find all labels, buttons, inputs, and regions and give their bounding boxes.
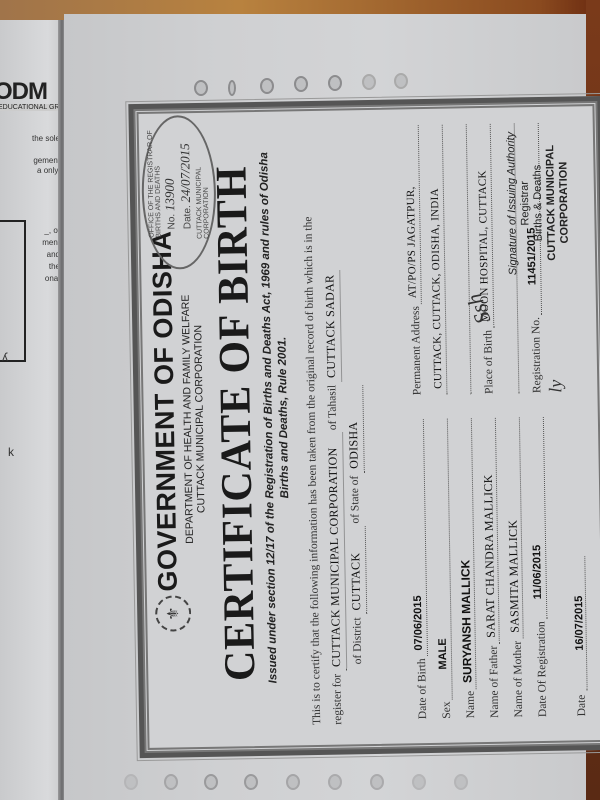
punch-holes-bottom — [124, 774, 484, 794]
page-snippet: the — [0, 262, 60, 271]
state-emblem-icon: ⚜ — [155, 595, 192, 632]
seal-date-value: 24/07/2015 — [177, 143, 193, 202]
page-snippet: gement — [0, 156, 60, 165]
punch-hole — [194, 80, 208, 96]
field-label: Registration No. — [530, 317, 543, 393]
punch-hole — [260, 78, 274, 94]
issue-date-label: Date — [576, 695, 588, 717]
signature-org: CUTTACK MUNICIPAL CORPORATION — [543, 102, 572, 302]
pen-mark: ʎ — [2, 350, 8, 364]
seal-number-value: 13900 — [162, 179, 178, 212]
field-value: 11/06/2015 — [527, 417, 548, 619]
punch-hole — [294, 76, 308, 92]
department-heading: DEPARTMENT OF HEALTH AND FAMILY WELFARE … — [179, 249, 209, 589]
punch-hole — [454, 774, 468, 790]
field-label: Permanent Address — [410, 306, 424, 395]
punch-hole — [164, 774, 178, 790]
seal-number: No. 13900 — [162, 178, 179, 229]
field-permanent-address: Permanent Address AT/PO/PS JAGATPUR, — [395, 125, 424, 395]
state-label: of State of — [349, 476, 362, 524]
field-label: Sex — [441, 701, 453, 718]
page-snippet: a only. — [0, 166, 60, 175]
issue-date: Date 16/07/2015 — [572, 556, 588, 716]
odm-logo: ODM — [0, 78, 47, 106]
seal-number-label: No. — [166, 214, 177, 230]
field-label: Name of Father — [488, 646, 501, 718]
seal-date: Date. 24/07/2015 — [177, 143, 194, 229]
field-label: Place of Birth — [482, 330, 495, 394]
field-place-of-birth: Place of Birth MOON HOSPITAL, CUTTACK — [467, 124, 496, 394]
field-label: Date of Birth — [416, 658, 429, 719]
certificate-title: CERTIFICATE OF BIRTH — [205, 124, 266, 723]
pen-mark: k — [8, 445, 14, 459]
certify-paragraph: This is to certify that the following in… — [297, 114, 370, 725]
government-heading: GOVERNMENT OF ODISHA — [147, 230, 184, 592]
issue-date-value: 16/07/2015 — [572, 556, 587, 690]
certificate-frame: ⚜ GOVERNMENT OF ODISHA DEPARTMENT OF HEA… — [128, 96, 600, 758]
register-for-label: register for — [331, 674, 344, 725]
punch-hole — [228, 80, 236, 96]
initials-scrawl: ly — [549, 380, 562, 393]
punch-hole — [328, 75, 342, 91]
district-value: CUTTACK — [345, 526, 368, 614]
page-snippet: the sole — [0, 134, 60, 143]
page-snippet: onal — [0, 274, 60, 283]
fields-left-column: Date of Birth 07/06/2015 Sex MALE Name S… — [400, 417, 549, 719]
field-label: Name — [465, 691, 477, 719]
birth-certificate: ⚜ GOVERNMENT OF ODISHA DEPARTMENT OF HEA… — [128, 96, 600, 758]
field-value: AT/PO/PS JAGATPUR, — [402, 125, 422, 304]
punch-hole — [370, 774, 384, 790]
punch-hole — [286, 774, 300, 790]
punch-holes-top — [194, 76, 524, 96]
signature-block: Ssh ly Signature of Issuing Authority Re… — [504, 102, 572, 303]
state-value: ODISHA — [342, 385, 365, 473]
field-blank-line — [443, 124, 472, 394]
punch-hole — [328, 774, 342, 790]
field-label: Name of Mother — [512, 641, 525, 718]
page-snippet: _, of — [0, 226, 60, 235]
field-label: Date Of Registration — [535, 621, 549, 717]
page-snippet: ment — [0, 238, 60, 247]
punch-hole — [362, 74, 376, 90]
punch-hole — [124, 774, 138, 790]
signature-scrawl: Ssh — [467, 292, 490, 325]
district-label: of District — [351, 617, 364, 664]
punch-hole — [204, 774, 218, 790]
punch-hole — [412, 774, 426, 790]
punch-hole — [244, 774, 258, 790]
seal-ring-top: OFFICE OF THE REGISTRAR OF BIRTHS AND DE… — [147, 118, 163, 238]
page-snippet: and — [0, 250, 60, 259]
tahasil-label: of Tahasil — [326, 385, 339, 430]
certificate-paper: ⚜ GOVERNMENT OF ODISHA DEPARTMENT OF HEA… — [64, 14, 586, 800]
punch-hole — [394, 73, 408, 89]
field-permanent-address-line-2: CUTTACK, CUTTACK, ODISHA, INDIA — [419, 125, 448, 395]
seal-date-label: Date. — [182, 205, 193, 229]
tahasil-value: CUTTACK SADAR — [319, 271, 342, 383]
